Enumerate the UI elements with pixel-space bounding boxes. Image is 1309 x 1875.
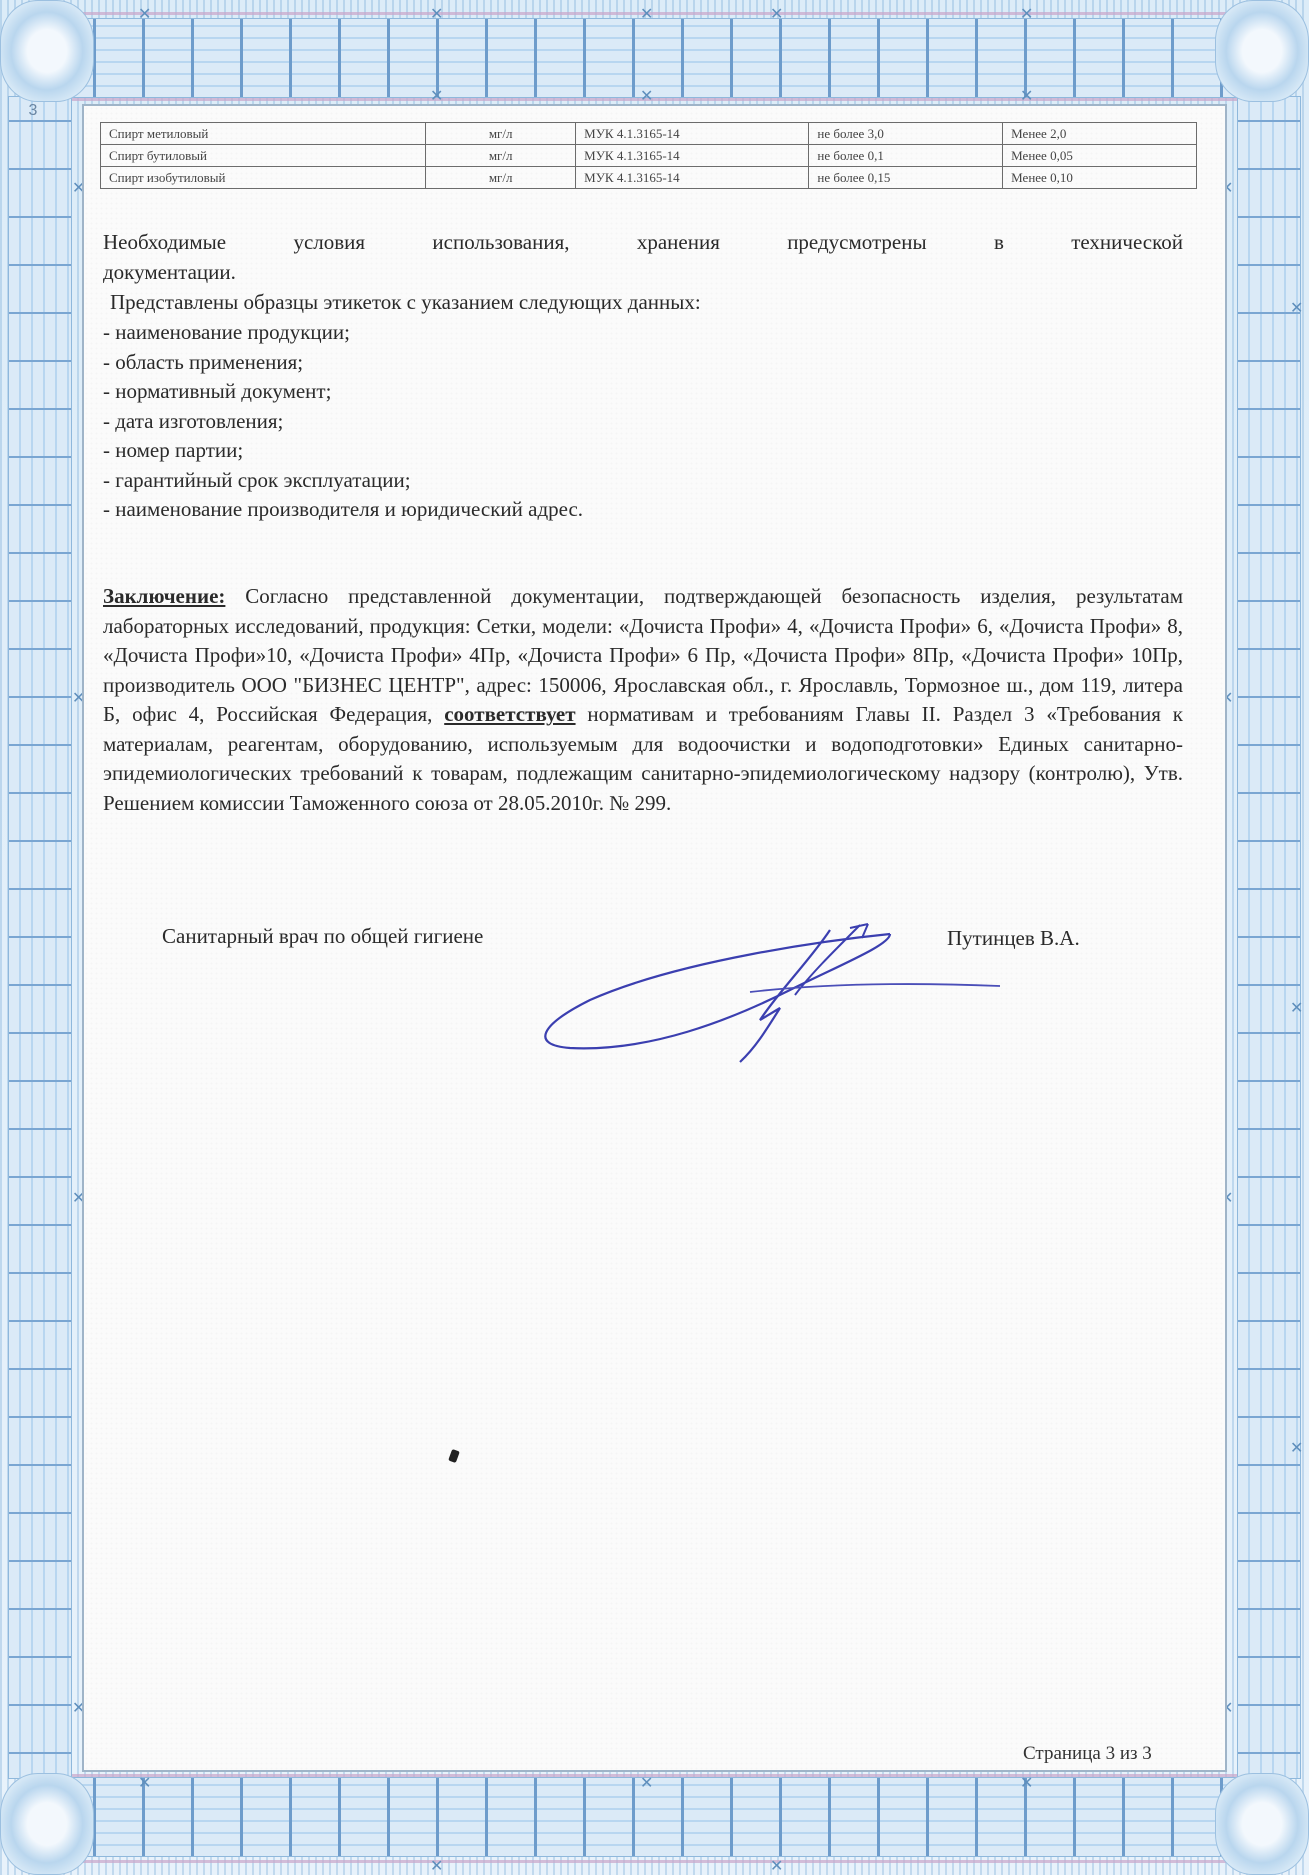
x-ornament-icon: ✕ [430,88,443,104]
signatory-title: Санитарный врач по общей гигиене [162,924,483,949]
method-cell: МУК 4.1.3165-14 [576,145,809,167]
unit-cell: мг/л [426,145,576,167]
frame-band-right [1237,96,1301,1779]
x-ornament-icon: ✕ [1020,6,1033,22]
page-number: Страница 3 из 3 [1023,1743,1152,1765]
list-item: - область применения; [103,348,1183,378]
table-row: Спирт метиловый мг/л МУК 4.1.3165-14 не … [101,123,1197,145]
unit-cell: мг/л [426,123,576,145]
unit-cell: мг/л [426,167,576,189]
indicator-cell: Спирт изобутиловый [101,167,426,189]
list-item: - нормативный документ; [103,377,1183,407]
conditions-line: документации. [103,258,1183,288]
verdict: соответствует [444,702,575,726]
frame-line [30,12,1279,15]
corner-ornament-icon [0,1773,94,1875]
list-item: - гарантийный срок эксплуатации; [103,466,1183,496]
x-ornament-icon: ✕ [1290,1440,1303,1456]
x-ornament-icon: ✕ [1290,300,1303,316]
method-cell: МУК 4.1.3165-14 [576,167,809,189]
handwritten-signature-icon [530,920,1000,1070]
frame-line [70,1774,1239,1777]
result-cell: Менее 0,05 [1003,145,1197,167]
indicator-cell: Спирт бутиловый [101,145,426,167]
x-ornament-icon: ✕ [1020,88,1033,104]
conditions-line: Необходимые условия использования, хране… [103,228,1183,258]
results-table: Спирт метиловый мг/л МУК 4.1.3165-14 не … [100,122,1197,189]
corner-ornament-icon [1215,0,1309,102]
x-ornament-icon: ✕ [138,6,151,22]
result-cell: Менее 2,0 [1003,123,1197,145]
table-row: Спирт изобутиловый мг/л МУК 4.1.3165-14 … [101,167,1197,189]
x-ornament-icon: ✕ [1020,1775,1033,1791]
list-item: - наименование продукции; [103,318,1183,348]
conditions-paragraph: Необходимые условия использования, хране… [103,228,1183,287]
x-ornament-icon: ✕ [1290,1000,1303,1016]
x-ornament-icon: ✕ [640,88,653,104]
frame-band-bottom [70,1777,1239,1857]
x-ornament-icon: ✕ [770,6,783,22]
frame-band-left [8,96,72,1779]
list-item: - дата изготовления; [103,407,1183,437]
label-data-list: - наименование продукции; - область прим… [103,318,1183,525]
x-ornament-icon: ✕ [640,6,653,22]
labels-intro: Представлены образцы этикеток с указание… [103,288,1190,318]
x-ornament-icon: ✕ [770,1858,783,1874]
frame-line [30,1860,1279,1863]
list-item: - наименование производителя и юридическ… [103,495,1183,525]
corner-ornament-icon [0,0,94,102]
page-marker: 3 [18,102,48,128]
x-ornament-icon: ✕ [430,6,443,22]
table-row: Спирт бутиловый мг/л МУК 4.1.3165-14 не … [101,145,1197,167]
norm-cell: не более 3,0 [809,123,1003,145]
x-ornament-icon: ✕ [138,1775,151,1791]
norm-cell: не более 0,1 [809,145,1003,167]
conclusion-label: Заключение: [103,584,225,608]
frame-band-top [70,18,1239,98]
result-cell: Менее 0,10 [1003,167,1197,189]
list-item: - номер партии; [103,436,1183,466]
method-cell: МУК 4.1.3165-14 [576,123,809,145]
x-ornament-icon: ✕ [640,1775,653,1791]
indicator-cell: Спирт метиловый [101,123,426,145]
x-ornament-icon: ✕ [430,1858,443,1874]
signatory-name: Путинцев В.А. [947,926,1080,951]
corner-ornament-icon [1215,1773,1309,1875]
frame-line [70,98,1239,101]
norm-cell: не более 0,15 [809,167,1003,189]
conclusion-paragraph: Заключение: Согласно представленной доку… [103,582,1183,818]
